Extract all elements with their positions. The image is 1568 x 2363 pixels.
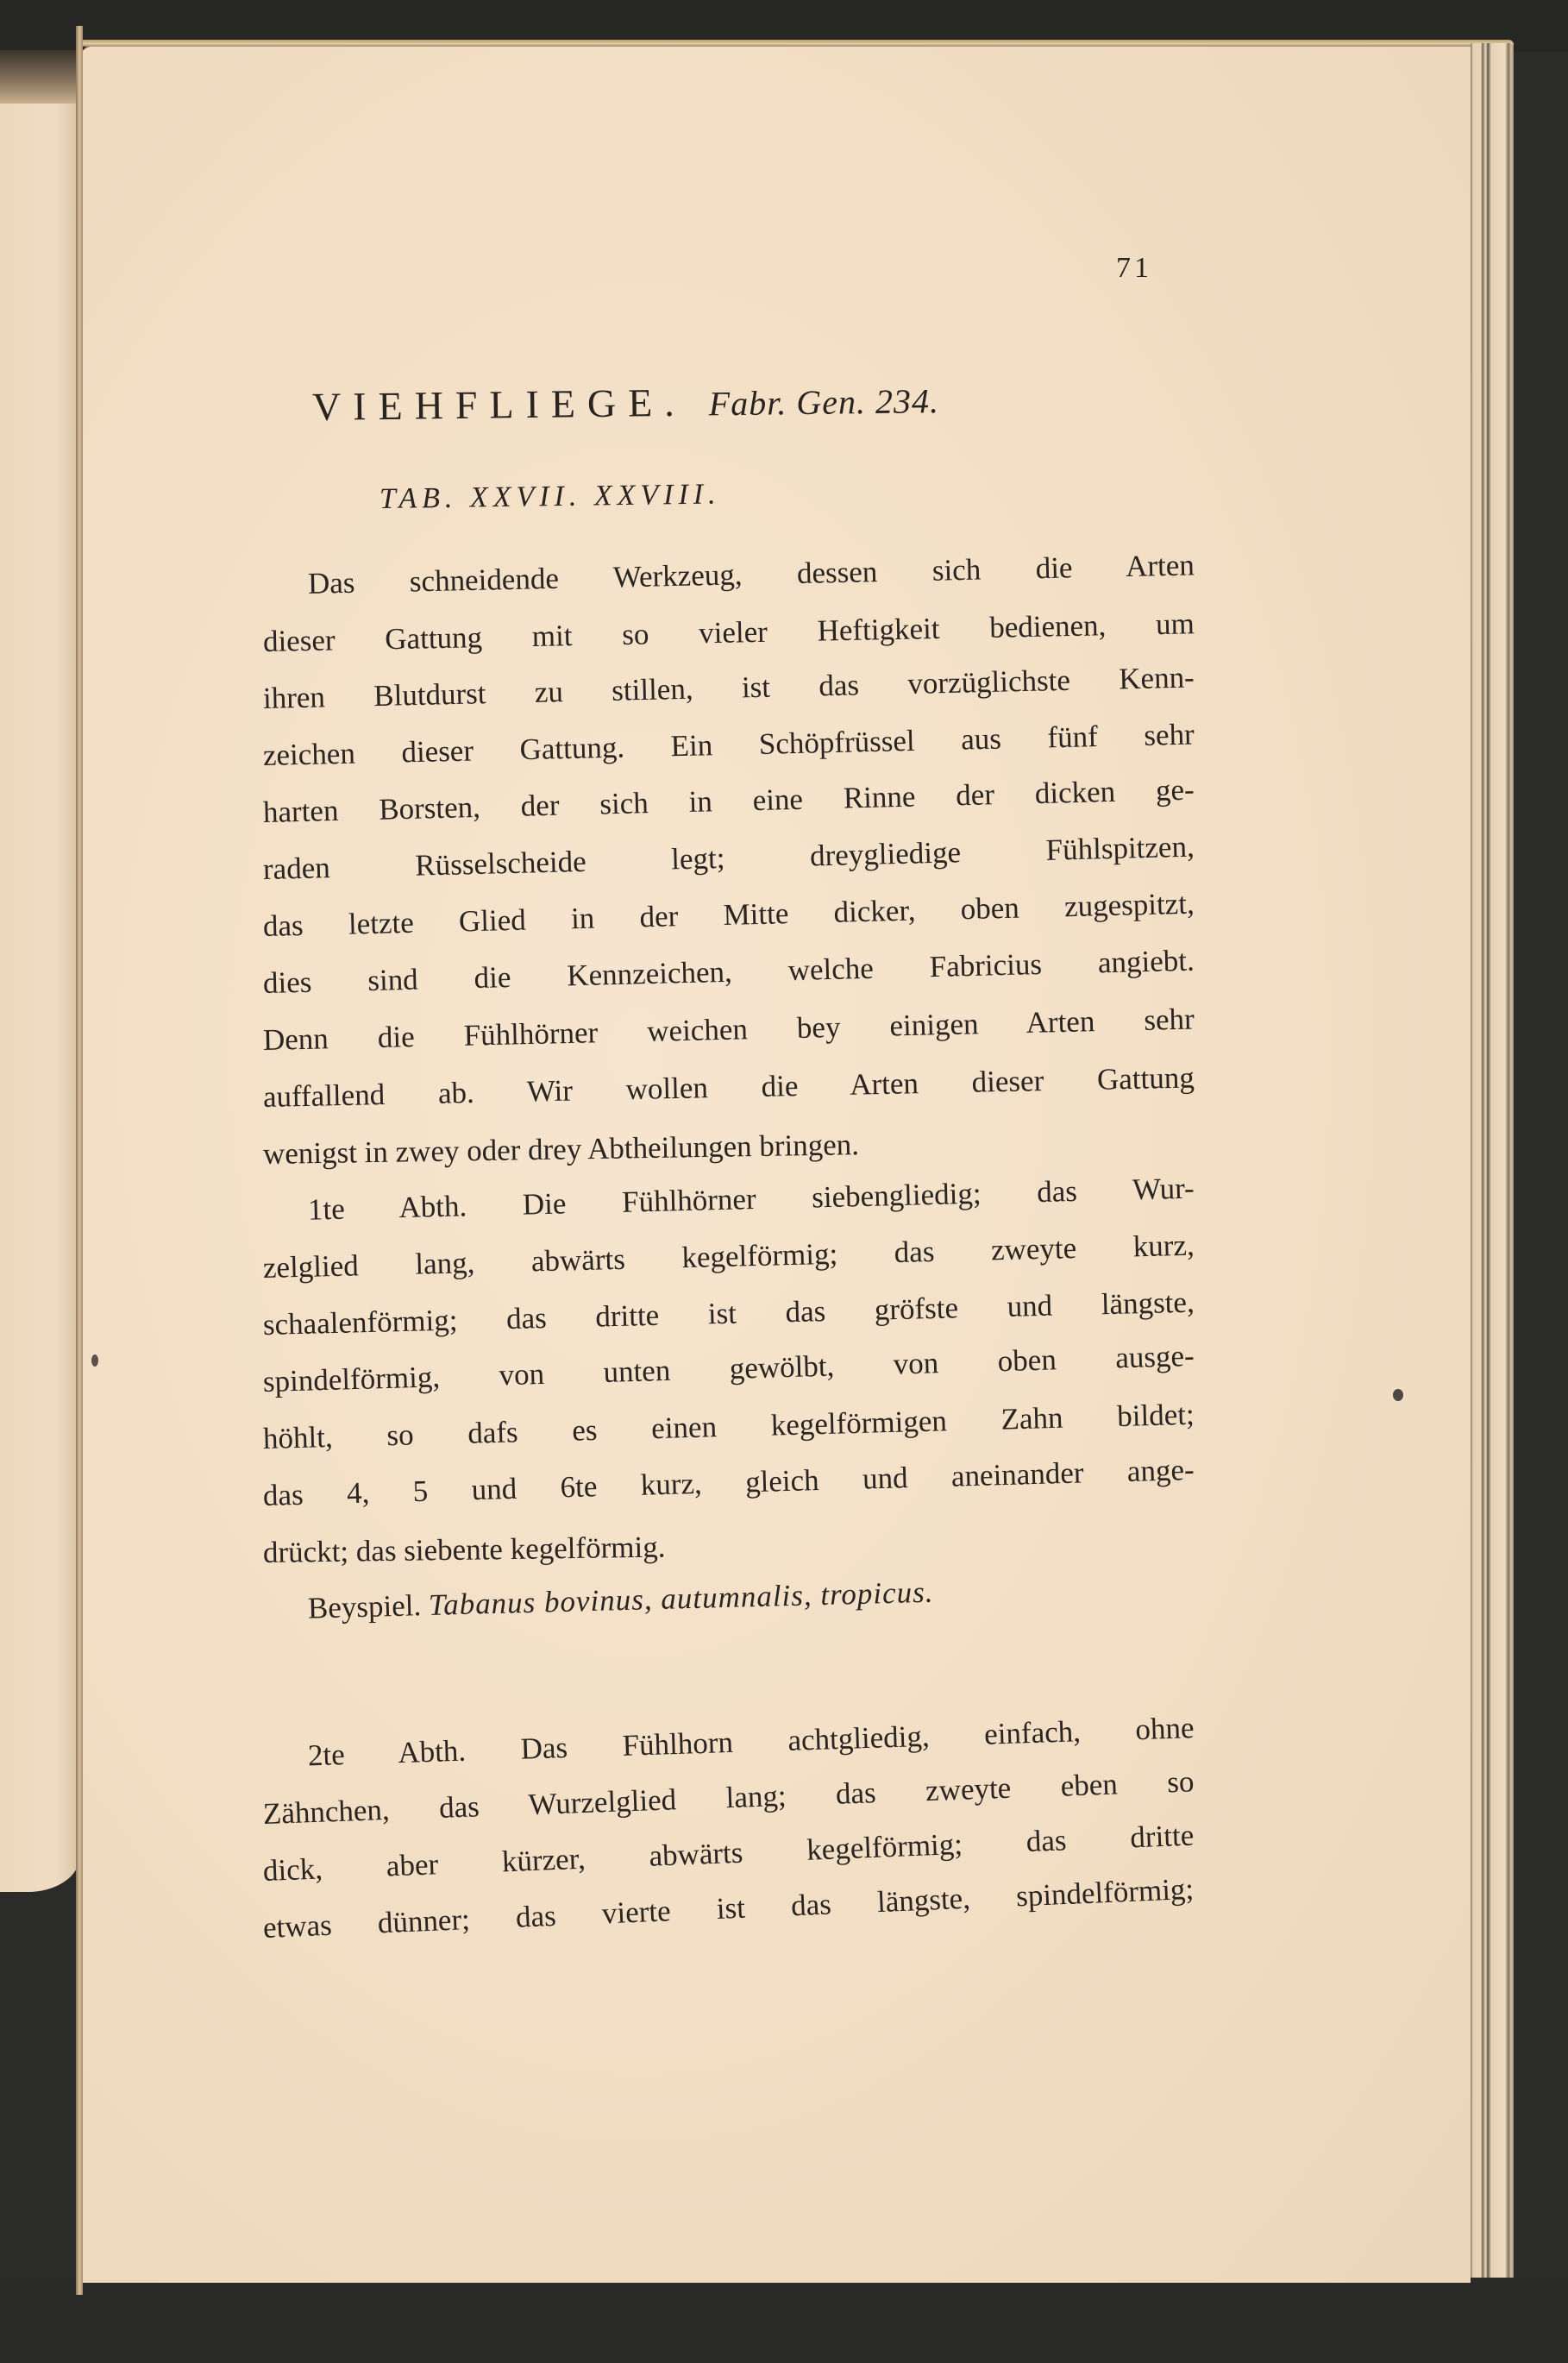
book-gutter	[76, 26, 83, 2295]
genus-title: VIEHFLIEGE.	[312, 380, 687, 429]
page-top-edge	[82, 40, 1514, 47]
example-species: Tabanus bovinus, autumnalis, tropicus.	[428, 1575, 934, 1622]
page-number: 71	[1116, 252, 1152, 285]
book-cover-bottom	[0, 2278, 1568, 2363]
section-1-paragraph: 1te Abth. Die Fühlhörner siebengliedig; …	[263, 1183, 1195, 1581]
body-text: Das schneidende Werkzeug, dessen sich di…	[263, 556, 1195, 1957]
left-page-top-edge	[0, 50, 86, 104]
example-label: Beyspiel.	[307, 1588, 421, 1625]
page-edge-stack	[1471, 43, 1514, 2278]
fabricius-reference: Fabr. Gen. 234.	[708, 381, 939, 423]
section-2-paragraph: 2te Abth. Das Fühlhorn achtgliedig, einf…	[263, 1729, 1195, 1957]
ink-spot	[1393, 1389, 1403, 1401]
section-heading: VIEHFLIEGE. Fabr. Gen. 234.	[312, 376, 940, 430]
facing-left-page	[0, 50, 79, 1892]
ink-spot	[91, 1354, 98, 1367]
plate-reference: TAB. XXVII. XXVIII.	[379, 478, 721, 516]
intro-paragraph: Das schneidende Werkzeug, dessen sich di…	[263, 556, 1195, 1183]
